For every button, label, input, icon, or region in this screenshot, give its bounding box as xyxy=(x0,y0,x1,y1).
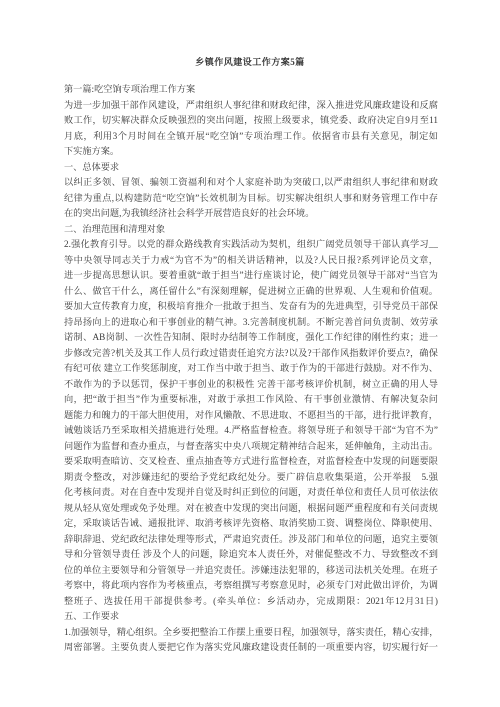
text-line: 位的单位主要领导和分管领导一并追究责任。涉嫌违法犯罪的，移送司法机关处理。在班子 xyxy=(64,563,438,579)
text-line: 问题作为监督和查办重点，与督查落实中央八项规定精神结合起来，延伸触角，主动出击。 xyxy=(64,439,438,455)
text-line: 诺制、AB岗制、一次性告知制、限时办结制等工作制度，强化工作纪律的刚性约束；进一 xyxy=(64,330,438,346)
text-line: 要加大宣传教育力度，积极培育推介一批敢于担当、发奋有为的先进典型，引导党员干部保 xyxy=(64,299,438,315)
text-line: 第一篇:吃空饷专项治理工作方案 xyxy=(64,82,438,98)
text-line: 辞职辞退、党纪政纪法律处理等形式，严肃追究责任。涉及部门和单位的问题，追究主要领 xyxy=(64,532,438,548)
text-line: 要采取明查暗访、交叉检查、重点抽查等方式进行监督检查，对监督检查中发现的问题要限 xyxy=(64,454,438,470)
text-line: 诫勉谈话乃至采取相关措施进行处理。4.严格监督检查。将领导班子和领导干部“为官不… xyxy=(64,423,438,439)
text-line: 二、治理范围和清理对象 xyxy=(64,222,438,238)
text-line: 为进一步加强干部作风建设，严肃组织人事纪律和财政纪律，深入推进党风廉政建设和反腐 xyxy=(64,98,438,114)
text-line: 在的突出问题,为我镇经济社会科学开展营造良好的社会环境。 xyxy=(64,206,438,222)
text-line: 持昂扬向上的进取心和干事创业的精气神。3.完善制度机制。不断完善首问负责制、效劳… xyxy=(64,315,438,331)
text-line: 以纠正多领、冒领、骗领工资福利和对个人家庭补助为突破口,以严肃组织人事纪律和财政 xyxy=(64,175,438,191)
document-body: 第一篇:吃空饷专项治理工作方案为进一步加强干部作风建设，严肃组织人事纪律和财政纪… xyxy=(64,82,438,656)
text-line: 2.强化教育引导。以党的群众路线教育实践活动为契机，组织广阔党员领导干部认真学习… xyxy=(64,237,438,253)
text-line: 纪律为重点,以构建防范“吃空饷”长效机制为目标。切实解决组织人事和财务管理工作中… xyxy=(64,191,438,207)
text-line: 期责令整改，对涉嫌违纪的要给予党纪政纪处分。要广辟信息收集渠道，公开举报 5.强 xyxy=(64,470,438,486)
text-line: 败工作，切实解决群众反映强烈的突出问题，按照上级要求，镇党委、政府决定自9月至1… xyxy=(64,113,438,129)
text-line: 周密部署。主要负责人要把它作为落实党风廉政建设责任制的一项重要内容，切实履行好一 xyxy=(64,640,438,656)
text-line: 整班子、选拔任用干部提供参考。(牵头单位：乡活动办，完成期限：2021年12月3… xyxy=(64,594,438,610)
text-line: 1.加强领导，精心组织。全乡要把整治工作摆上重要日程，加强领导，落实责任，精心安… xyxy=(64,625,438,641)
text-line: 化考核问责。对在自查中发现并自觉及时纠正到位的问题，对责任单位和责任人员可依法依 xyxy=(64,485,438,501)
text-line: 月底，利用3个月时间在全镇开展“吃空饷”专项治理工作。依据省市县有关意见，制定如 xyxy=(64,129,438,145)
document-title: 乡镇作风建设工作方案5篇 xyxy=(0,55,500,69)
text-line: 不敢作为的予以惩罚，保护干事创业的积极性 完善干部考核评价机制，树立正确的用人导 xyxy=(64,377,438,393)
text-line: 定，采取谈话告诫、通报批评、取消考核评先资格、取消奖励工资、调整岗位、降职使用、 xyxy=(64,516,438,532)
text-line: 等中央领导同志关于力戒“为官不为”的相关讲话精神，以及?人民日报?系列评论员文章… xyxy=(64,253,438,269)
text-line: 五、工作要求 xyxy=(64,609,438,625)
text-line: 下实施方案。 xyxy=(64,144,438,160)
text-line: 一、总体要求 xyxy=(64,160,438,176)
text-line: 规从轻从宽处理或免予处理。对在被查中发现的突出问题，根据问题严重程度和有关问责规 xyxy=(64,501,438,517)
text-line: 导和分管领导责任 涉及个人的问题，除追究本人责任外，对催促整改不力、导致整改不到 xyxy=(64,547,438,563)
document-page: 乡镇作风建设工作方案5篇 第一篇:吃空饷专项治理工作方案为进一步加强干部作风建设… xyxy=(0,0,500,707)
text-line: 有纪可依 建立工作奖惩制度，对工作当中敢于担当、敢于作为的干部进行鼓励。对不作为… xyxy=(64,361,438,377)
text-line: 题能力和魄力的干部大胆使用，对作风懒散、不思进取、不愿担当的干部，进行批评教育， xyxy=(64,408,438,424)
text-line: 考察中，将此项内容作为考核重点，考察组撰写考察意见时，必须专门对此做出评价，为调 xyxy=(64,578,438,594)
text-line: 向，把“敢于担当”作为重要标准，对敢于承担工作风险、有干事创业激情、有解决复杂问 xyxy=(64,392,438,408)
text-line: 什么、做官干什么，离任留什么”有深刻理解，促进树立正确的世界观、人生观和价值观。 xyxy=(64,284,438,300)
text-line: 进一步提高思想认识。要着重就“敢于担当”进行座谈讨论，使广阔党员领导干部对“当官… xyxy=(64,268,438,284)
text-line: 步修改完善?机关及其工作人员行政过错责任追究方法?以及?干部作风指数评价要点?，… xyxy=(64,346,438,362)
